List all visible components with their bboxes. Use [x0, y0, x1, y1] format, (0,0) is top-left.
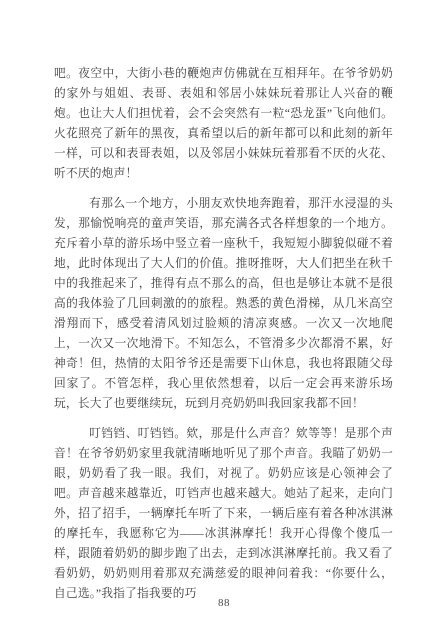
document-page: 吧。夜空中，大街小巷的鞭炮声仿佛就在互相拜年。在爷爷奶奶的家外与姐姐、表哥、表姐…	[0, 0, 448, 640]
page-body: 吧。夜空中，大街小巷的鞭炮声仿佛就在互相拜年。在爷爷奶奶的家外与姐姐、表哥、表姐…	[54, 64, 393, 614]
paragraph-firecrackers: 吧。夜空中，大街小巷的鞭炮声仿佛就在互相拜年。在爷爷奶奶的家外与姐姐、表哥、表姐…	[54, 64, 393, 184]
paragraph-playground: 有那么一个地方，小朋友欢快地奔跑着，那汗水浸湿的头发，那愉悦响亮的童声笑语，那充…	[54, 194, 393, 414]
paragraph-icecream-moto: 叮铛铛、叮铛铛。欸，那是什么声音？欸等等！是那个声音！在爷爷奶奶家里我就清晰地听…	[54, 424, 393, 604]
page-number: 88	[0, 597, 448, 609]
